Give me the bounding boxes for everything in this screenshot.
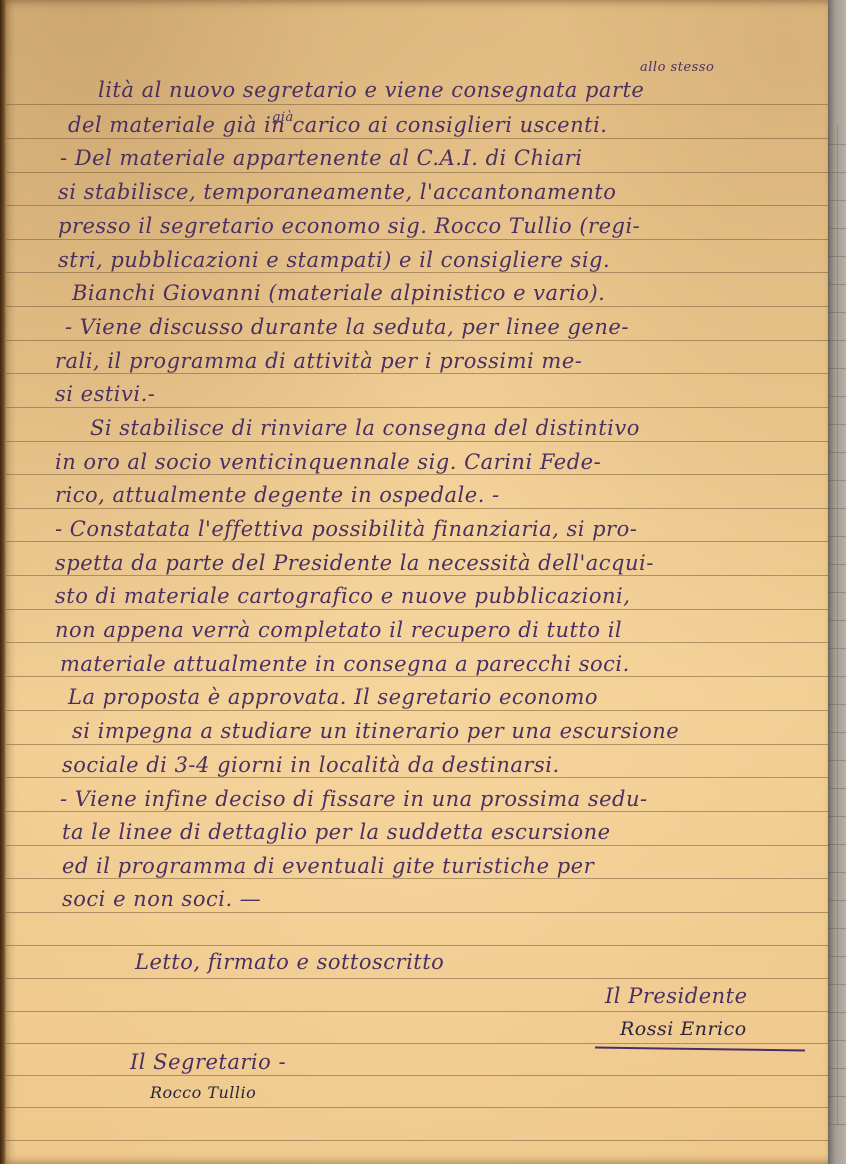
text-line: materiale attualmente in consegna a pare… (60, 652, 630, 676)
text-line: - Viene discusso durante la seduta, per … (65, 315, 629, 339)
ruled-line (6, 441, 828, 442)
ruled-line (6, 474, 828, 475)
text-line: - Del materiale appartenente al C.A.I. d… (60, 146, 582, 170)
ruled-line (6, 340, 828, 341)
ruled-line (6, 508, 828, 509)
ruled-line (6, 1107, 828, 1108)
ruled-line (6, 407, 828, 408)
text-line: presso il segretario economo sig. Rocco … (58, 214, 640, 238)
text-line: La proposta è approvata. Il segretario e… (68, 685, 598, 709)
text-line: sto di materiale cartografico e nuove pu… (55, 584, 630, 608)
interlinear-note: allo stesso (640, 60, 714, 75)
ruled-line (6, 676, 828, 677)
text-line: - Viene infine deciso di fissare in una … (60, 787, 648, 811)
text-line: rico, attualmente degente in ospedale. - (55, 483, 500, 507)
president-signature: Rossi Enrico (620, 1018, 747, 1040)
ruled-line (6, 978, 828, 979)
ruled-line (6, 945, 828, 946)
text-line: Bianchi Giovanni (materiale alpinistico … (72, 281, 605, 305)
ruled-line (6, 811, 828, 812)
text-line: spetta da parte del Presidente la necess… (55, 551, 654, 575)
ruled-line (6, 744, 828, 745)
ruled-line (6, 609, 828, 610)
text-line: rali, il programma di attività per i pro… (55, 349, 582, 373)
text-line: si impegna a studiare un itinerario per … (72, 719, 679, 743)
text-line: stri, pubblicazioni e stampati) e il con… (58, 248, 610, 272)
text-line: ta le linee di dettaglio per la suddetta… (62, 820, 611, 844)
ruled-line (6, 104, 828, 105)
ruled-line (6, 205, 828, 206)
underlying-page-grid (828, 125, 846, 1125)
secretary-signature: Rocco Tullio (150, 1083, 256, 1102)
text-line: Si stabilisce di rinviare la consegna de… (90, 416, 640, 440)
ruled-line (6, 575, 828, 576)
text-line: soci e non soci. — (62, 887, 261, 911)
ruled-line (6, 138, 828, 139)
ruled-line (6, 878, 828, 879)
ruled-line (6, 710, 828, 711)
text-line: del materiale già in carico ai consiglie… (68, 113, 607, 137)
text-line: si estivi.- (55, 382, 155, 406)
text-line: lità al nuovo segretario e viene consegn… (98, 78, 644, 102)
ruled-line (6, 912, 828, 913)
text-line: non appena verrà completato il recupero … (55, 618, 622, 642)
ruled-line (6, 1043, 828, 1044)
signature-underline (595, 1047, 805, 1051)
ruled-line (6, 1011, 828, 1012)
ruled-line (6, 541, 828, 542)
ruled-line (6, 845, 828, 846)
page-binding-shadow (0, 0, 6, 1164)
text-line: sociale di 3-4 giorni in località da des… (62, 753, 560, 777)
text-line: ed il programma di eventuali gite turist… (62, 854, 594, 878)
ruled-line (6, 777, 828, 778)
secretary-title: Il Segretario - (130, 1050, 286, 1074)
ruled-line (6, 306, 828, 307)
ruled-line (6, 1075, 828, 1076)
text-line: si stabilisce, temporaneamente, l'accant… (58, 180, 616, 204)
text-line: in oro al socio venticinquennale sig. Ca… (55, 450, 601, 474)
ruled-line (6, 373, 828, 374)
president-title: Il Presidente (605, 984, 748, 1008)
notebook-page: allo stesso già lità al nuovo segretario… (0, 0, 828, 1164)
ruled-line (6, 642, 828, 643)
ruled-line (6, 1140, 828, 1141)
text-line: - Constatata l'effettiva possibilità fin… (55, 517, 637, 541)
ruled-line (6, 239, 828, 240)
closing-formula: Letto, firmato e sottoscritto (135, 950, 444, 974)
ruled-line (6, 272, 828, 273)
ruled-line (6, 172, 828, 173)
